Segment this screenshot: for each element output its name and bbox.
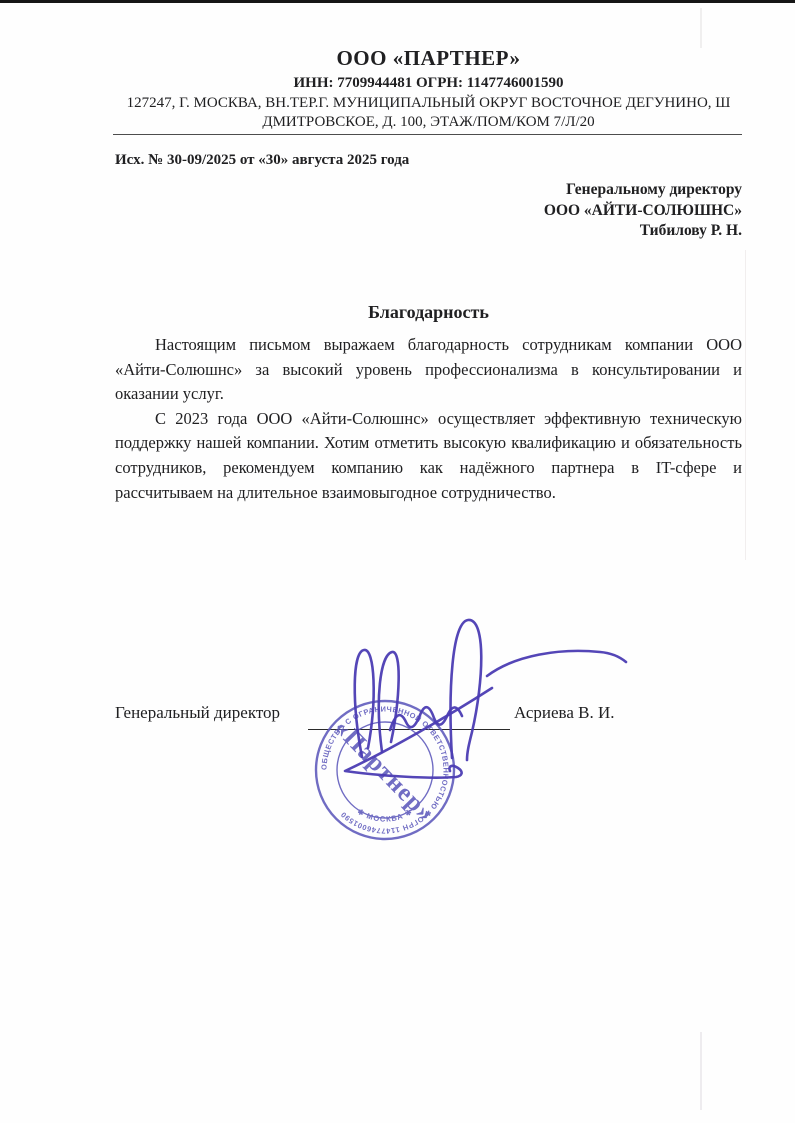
letter-paragraph: С 2023 года ООО «Айти-Солюшнс» осуществл… [115, 407, 742, 505]
company-address-line1: 127247, Г. МОСКВА, ВН.ТЕР.Г. МУНИЦИПАЛЬН… [115, 94, 742, 113]
recipient-company: ООО «АЙТИ-СОЛЮШНС» [544, 201, 742, 222]
scan-top-edge [0, 0, 795, 3]
recipient-name: Тибилову Р. Н. [544, 221, 742, 242]
recipient-position: Генеральному директору [544, 180, 742, 201]
letter-body: Настоящим письмом выражаем благодарность… [115, 333, 742, 505]
scan-artifact [745, 250, 746, 560]
letterhead-divider [113, 134, 742, 135]
letter-title: Благодарность [115, 302, 742, 323]
handwritten-signature [230, 608, 650, 808]
recipient-block: Генеральному директору ООО «АЙТИ-СОЛЮШНС… [544, 180, 742, 242]
outgoing-reference: Исх. № 30-09/2025 от «30» августа 2025 г… [115, 152, 409, 169]
letter-paragraph: Настоящим письмом выражаем благодарность… [115, 333, 742, 407]
company-inn-ogrn: ИНН: 7709944481 ОГРН: 1147746001590 [115, 75, 742, 92]
letter-page: ООО «ПАРТНЕР» ИНН: 7709944481 ОГРН: 1147… [0, 0, 795, 1123]
scan-artifact [700, 1032, 702, 1110]
company-name: ООО «ПАРТНЕР» [115, 46, 742, 71]
letterhead: ООО «ПАРТНЕР» ИНН: 7709944481 ОГРН: 1147… [115, 46, 742, 132]
scan-artifact [700, 8, 702, 48]
company-address-line2: ДМИТРОВСКОЕ, Д. 100, ЭТАЖ/ПОМ/КОМ 7/Л/20 [115, 113, 742, 132]
